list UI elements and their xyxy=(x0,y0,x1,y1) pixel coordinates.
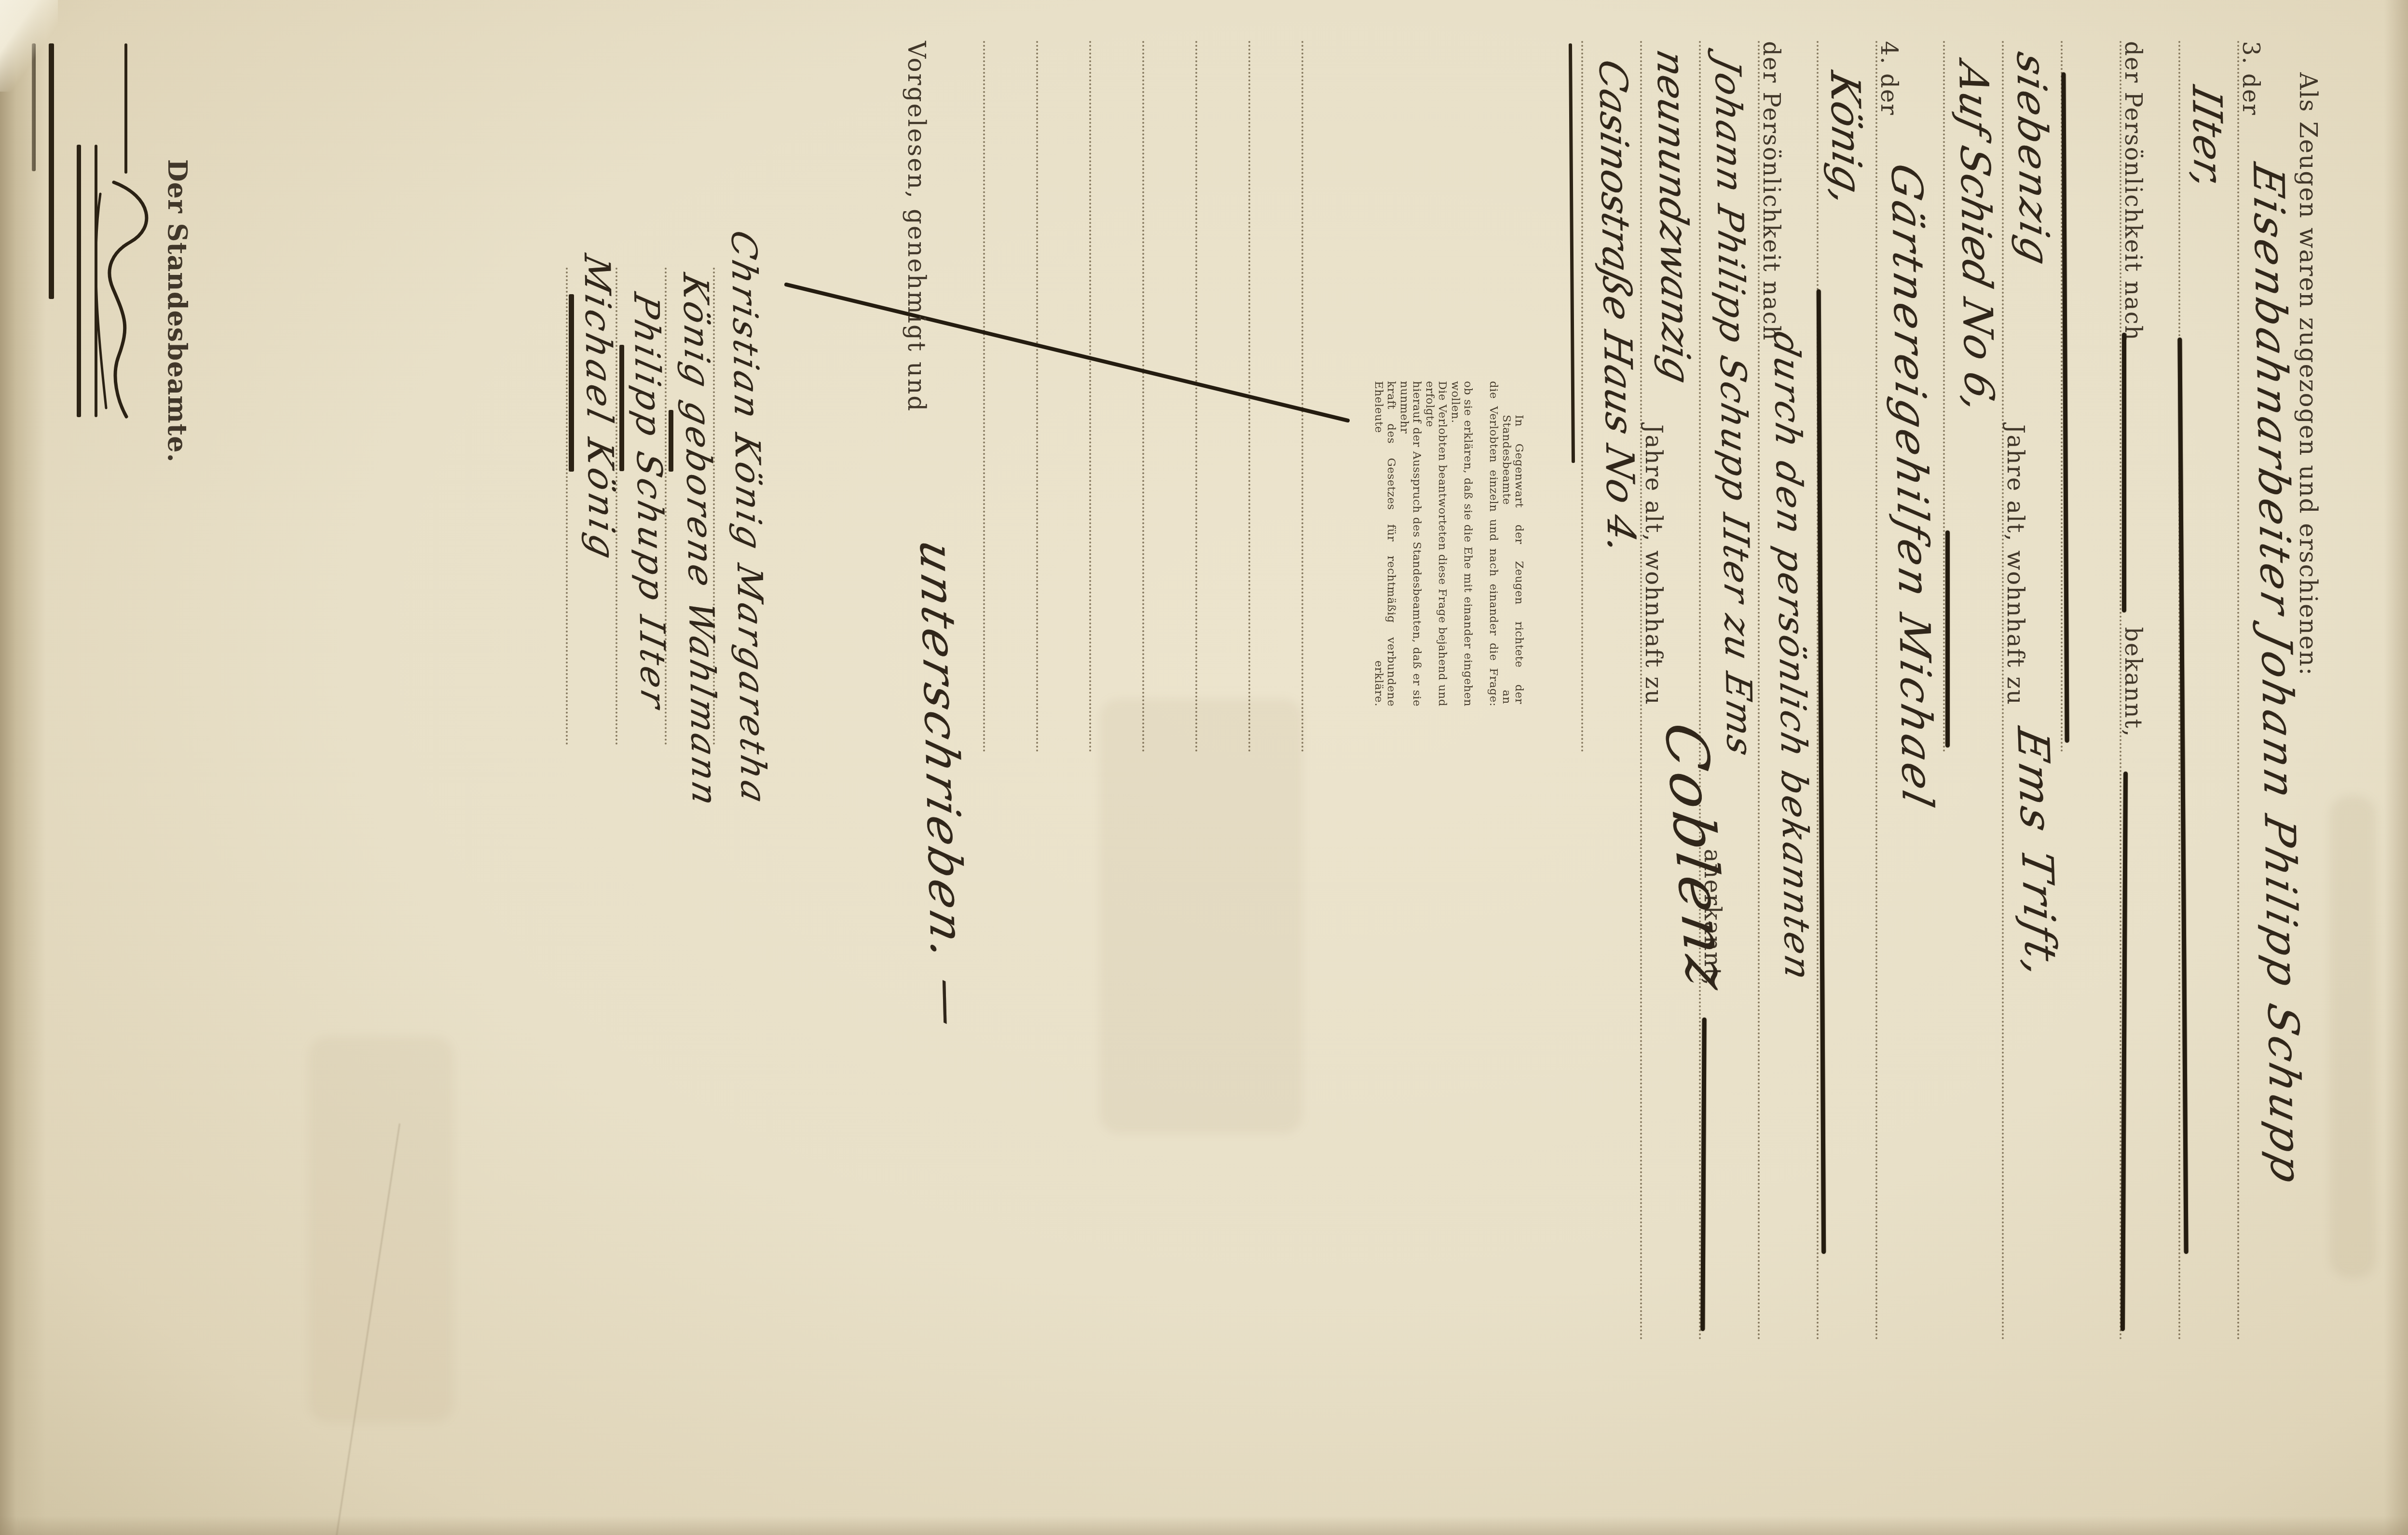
paper-edge-shadow xyxy=(0,0,46,1535)
closing-rule xyxy=(77,145,81,417)
signature-line-4: Michael König xyxy=(576,251,623,566)
document-sheet: Als Zeugen waren zugezogen und erschiene… xyxy=(0,0,2408,1535)
signature-rule xyxy=(566,268,568,745)
void-diagonal-strike xyxy=(0,0,2408,1535)
paper-corner-highlight xyxy=(0,0,58,92)
signature-line-3: Philipp Schupp IIter xyxy=(626,289,674,715)
official-signature-flourish xyxy=(88,174,160,424)
paper-edge-shadow xyxy=(0,1516,2408,1535)
closing-printed: Vorgelesen, genehmigt und xyxy=(903,41,930,412)
closing-rule xyxy=(95,145,97,417)
closing-rule xyxy=(124,43,127,174)
signature-flourish-stroke xyxy=(569,294,574,472)
scanned-document-page: Als Zeugen waren zugezogen und erschiene… xyxy=(0,0,2408,1535)
official-title: Der Standesbeamte. xyxy=(162,159,193,462)
paper-edge-shadow xyxy=(2384,0,2408,1535)
